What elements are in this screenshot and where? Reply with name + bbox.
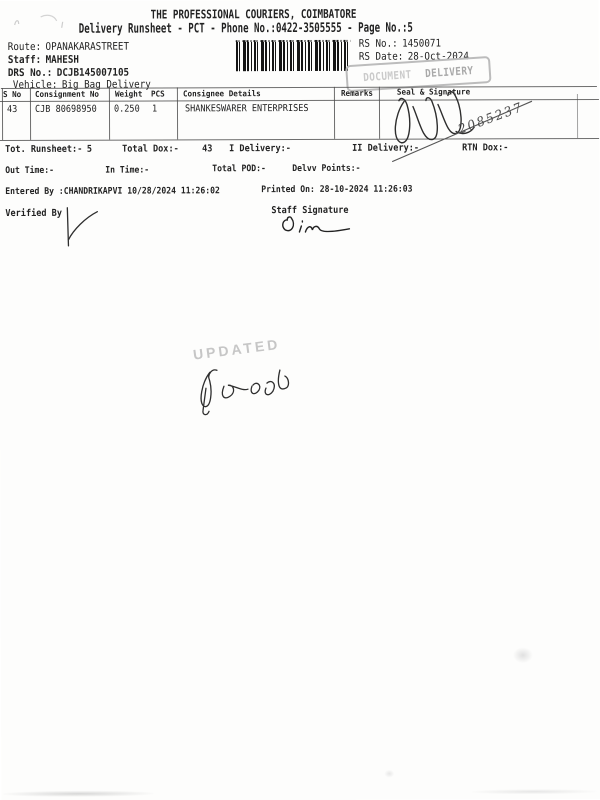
in-time-label: In Time:- (105, 167, 149, 177)
barcode (236, 40, 351, 71)
table-row-pcs: 1 (152, 104, 157, 114)
table-vline-consignment (109, 88, 110, 140)
stamp-word-delivery: DELIVERY (425, 64, 474, 80)
total-dox-label: Total Dox:- (122, 144, 179, 155)
scan-smudge-bottom-right (471, 789, 596, 794)
rs-no-label: RS No.: (359, 38, 398, 50)
table-vline-weight (177, 87, 178, 139)
rs-no-value: 1450071 (402, 38, 441, 50)
table-vline-consignee (334, 87, 335, 139)
table-row-sno: 43 (7, 105, 17, 115)
scan-smudge-bottom-left (3, 791, 153, 798)
table-row-consignee: SHANKESWARER ENTERPRISES (185, 104, 309, 115)
ii-delivery-label: II Delivery:- (352, 144, 419, 155)
rs-no-line: RS No.:1450071 (359, 39, 441, 51)
route-label: Route: (8, 41, 41, 53)
total-dox-value: 43 (202, 144, 212, 154)
col-header-consignment: Consignment No (35, 91, 99, 100)
pencil-marks (11, 9, 81, 31)
drs-value: DCJB145007105 (57, 67, 129, 79)
col-header-weight: Weight (115, 91, 142, 100)
table-row-consignment: CJB 80698950 (35, 105, 97, 116)
entered-by-line: Entered By :CHANDRIKAPVI 10/28/2024 11:2… (5, 187, 220, 198)
total-runsheet-value: 5 (87, 144, 92, 155)
i-delivery-label: I Delivery:- (229, 144, 291, 155)
col-header-pcs: PCS (151, 90, 165, 99)
stamp-word-document: DOCUMENT (363, 68, 412, 84)
table-vline-remarks (379, 87, 380, 139)
staff-line: Staff:MAHESH (8, 55, 79, 67)
staff-signature-handwriting (277, 214, 367, 249)
col-header-remarks: Remarks (341, 90, 373, 99)
verified-by-label: Verified By (5, 209, 62, 220)
table-vline-sno (30, 88, 31, 140)
route-line: Route:OPANAKARASTREET (8, 42, 129, 54)
col-header-consignee: Consignee Details (183, 90, 261, 99)
scan-smudge-dot (513, 647, 533, 663)
scan-smudge-mid (384, 770, 394, 778)
table-vline-right (577, 94, 578, 138)
staff-value: MAHESH (46, 54, 79, 66)
out-time-label: Out Time:- (5, 167, 54, 177)
printed-on-line: Printed On: 28-10-2024 11:26:03 (261, 186, 412, 196)
page-title: THE PROFESSIONAL COURIERS, COIMBATORE (151, 8, 357, 22)
delvy-points-label: Delvv Points:- (292, 165, 360, 175)
total-pod-label: Total POD:- (212, 165, 266, 175)
page-subtitle: Delivery Runsheet - PCT - Phone No.:0422… (79, 22, 413, 37)
col-header-sno: S No (3, 91, 21, 100)
route-value: OPANAKARASTREET (46, 41, 129, 53)
verified-tick-signature (59, 202, 109, 257)
total-runsheet-label: Tot. Runsheet:- (5, 144, 82, 155)
table-row-weight: 0.250 (114, 105, 140, 116)
rtn-dox-label: RTN Dox:- (462, 143, 508, 154)
middle-signature (190, 358, 305, 420)
staff-label: Staff: (8, 54, 41, 66)
scanned-delivery-runsheet: THE PROFESSIONAL COURIERS, COIMBATORE De… (0, 0, 600, 800)
drs-label: DRS No.: (8, 67, 53, 79)
total-runsheet: Tot. Runsheet:-5 (5, 145, 92, 156)
